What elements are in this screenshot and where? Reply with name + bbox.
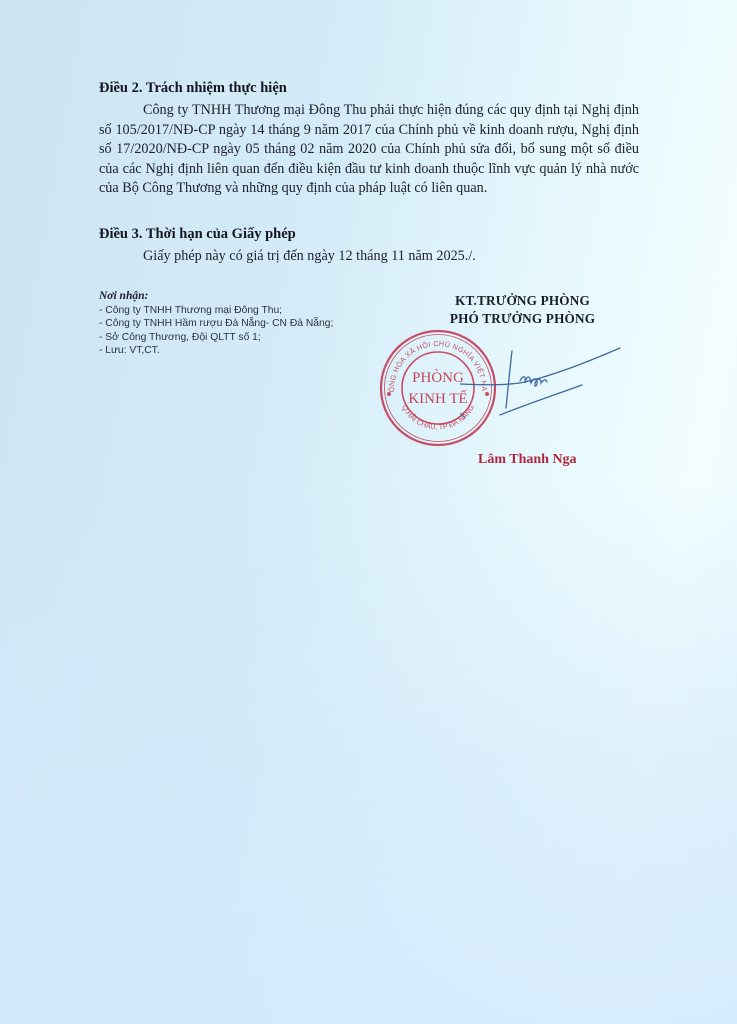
article-2-body: Công ty TNHH Thương mại Đông Thu phải th… <box>99 101 639 199</box>
recipient-item: - Công ty TNHH Thương mại Đông Thu; <box>99 304 339 317</box>
recipient-item: - Công ty TNHH Hầm rượu Đà Nẵng- CN Đà N… <box>99 317 339 330</box>
signer-title-line-1: KT.TRƯỞNG PHÒNG <box>420 292 625 310</box>
recipients-block: Nơi nhận: - Công ty TNHH Thương mại Đông… <box>99 290 339 357</box>
recipient-item: - Sở Công Thương, Đội QLTT số 1; <box>99 331 339 344</box>
recipient-item: - Lưu: VT,CT. <box>99 344 339 357</box>
stamp-center-line-2: KINH TẾ <box>408 390 467 407</box>
recipients-title: Nơi nhận: <box>99 290 339 303</box>
stamp-center-line-1: PHÒNG <box>412 369 464 386</box>
article-2-text: Công ty TNHH Thương mại Đông Thu phải th… <box>99 102 639 196</box>
signer-name: Lâm Thanh Nga <box>478 452 577 468</box>
signer-title-line-2: PHÓ TRƯỞNG PHÒNG <box>420 310 625 328</box>
article-3-heading: Điều 3. Thời hạn của Giấy phép <box>99 226 296 243</box>
signature-title-block: KT.TRƯỞNG PHÒNG PHÓ TRƯỞNG PHÒNG <box>420 292 625 328</box>
article-3-body: Giấy phép này có giá trị đến ngày 12 thá… <box>143 248 476 265</box>
document-page: Điều 2. Trách nhiệm thực hiện Công ty TN… <box>0 0 737 1024</box>
handwritten-signature-icon <box>460 343 625 423</box>
article-2-heading: Điều 2. Trách nhiệm thực hiện <box>99 80 287 97</box>
